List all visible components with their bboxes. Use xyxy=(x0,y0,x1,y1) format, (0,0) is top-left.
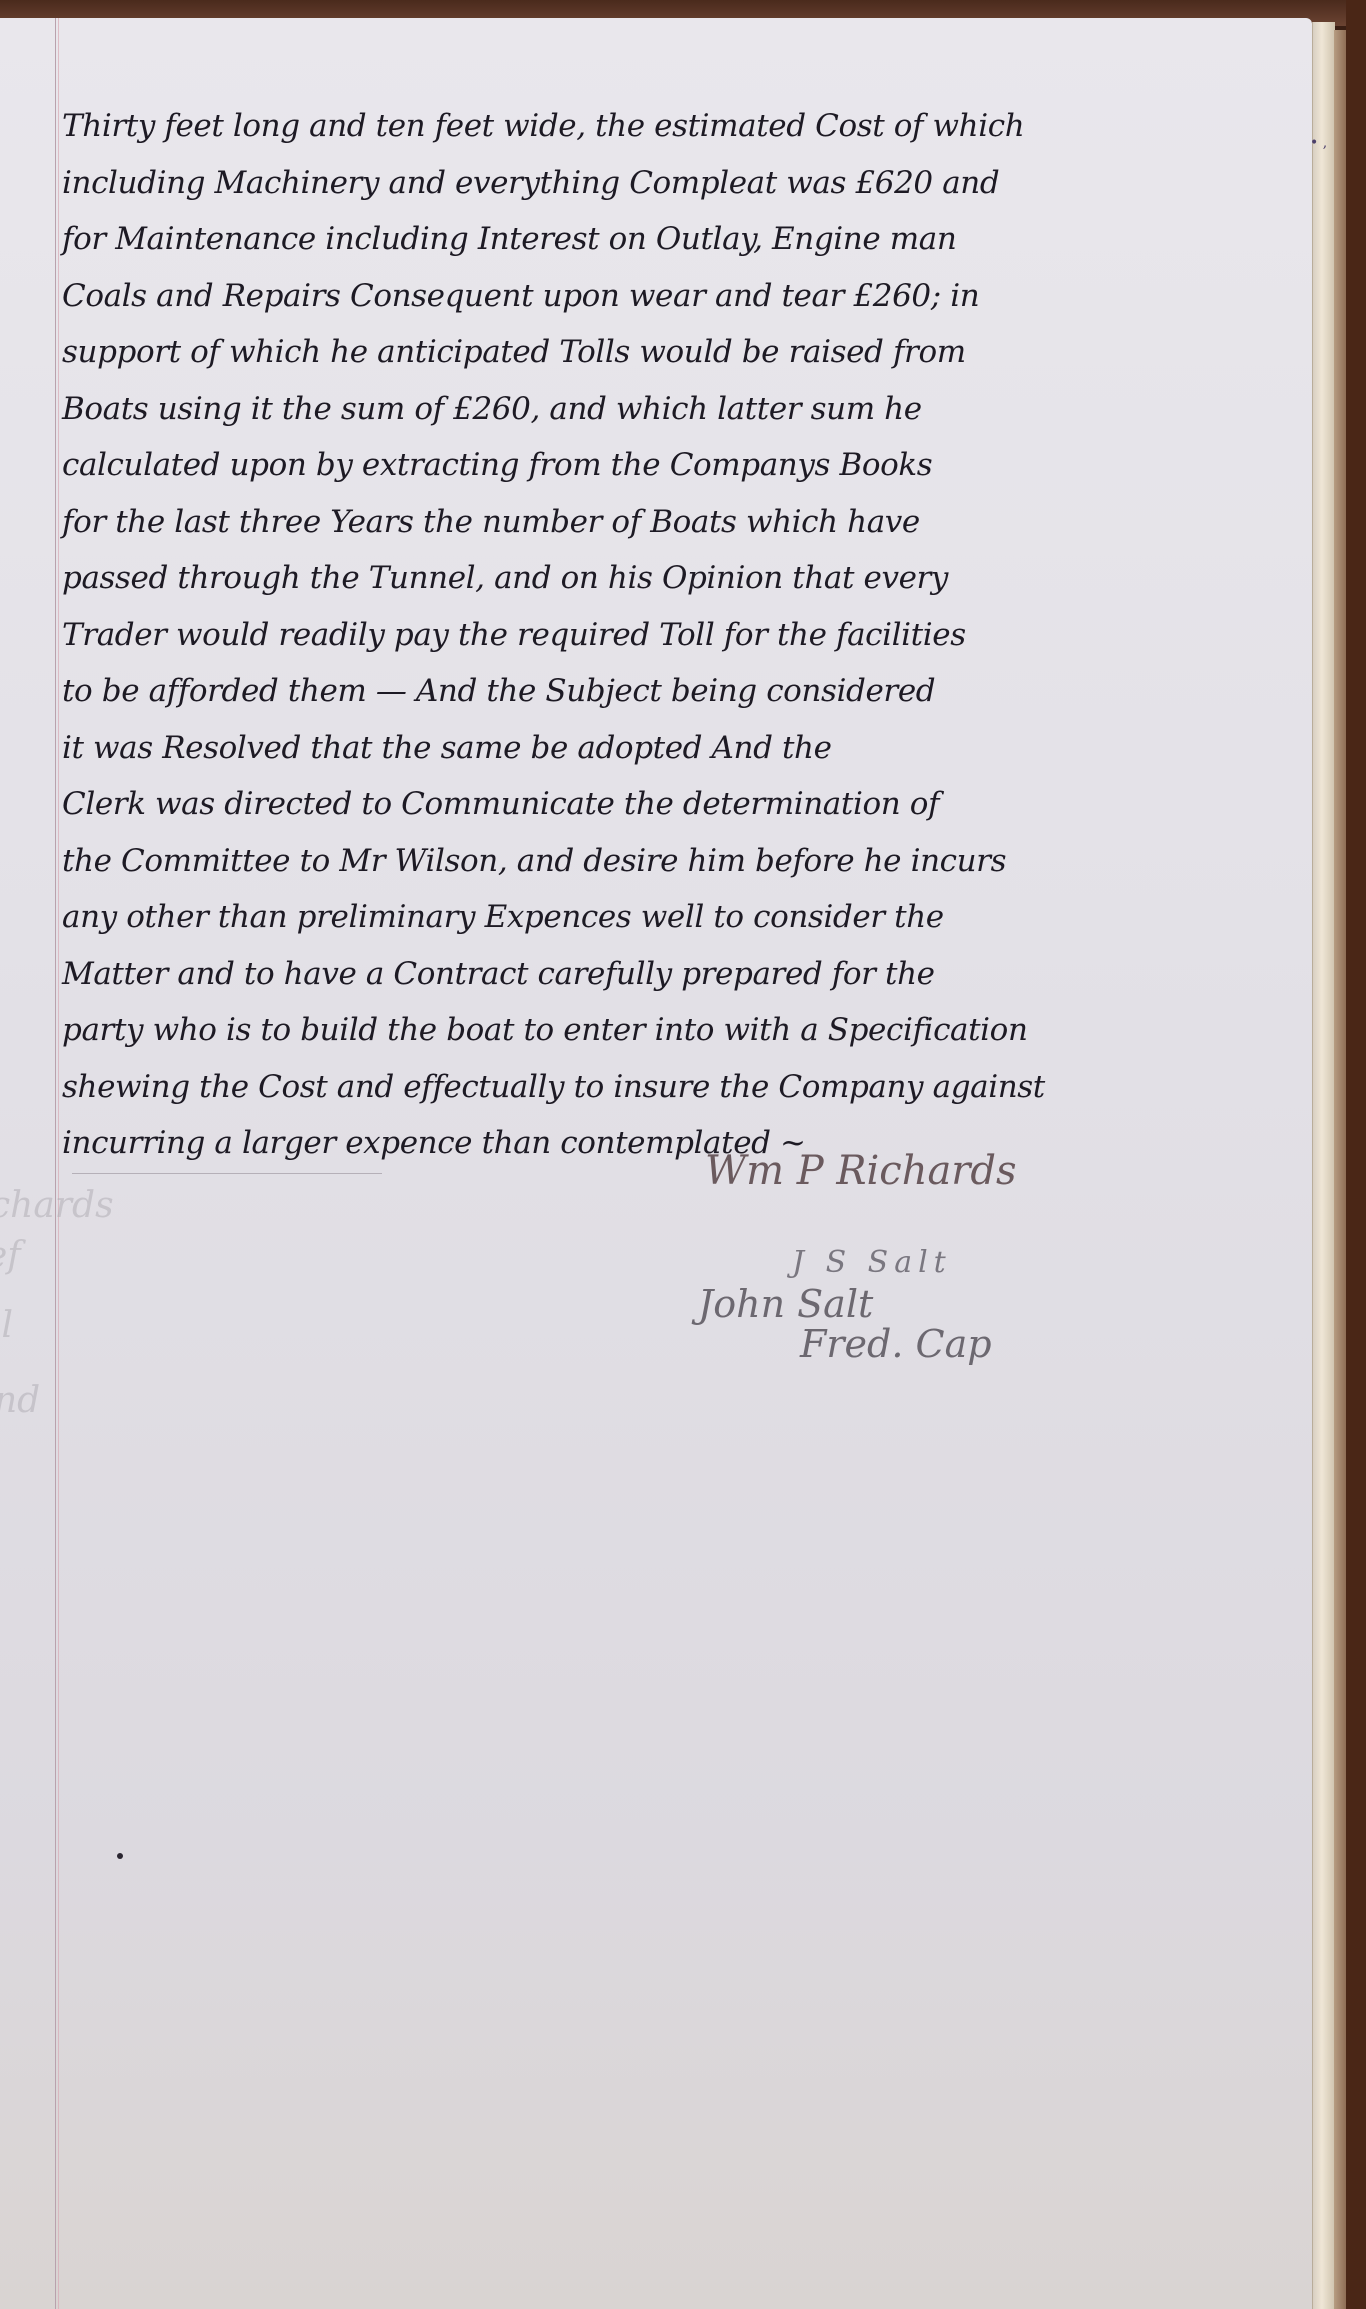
bleed-through-text: ll xyxy=(0,1305,13,1346)
signature-john-salt: John Salt xyxy=(698,1282,873,1326)
text-line: shewing the Cost and effectually to insu… xyxy=(62,1059,1312,1116)
text-line: support of which he anticipated Tolls wo… xyxy=(62,324,1312,381)
page-stack-edge xyxy=(1312,22,1335,2309)
text-line: for Maintenance including Interest on Ou… xyxy=(62,211,1312,268)
signature-fred-cap: Fred. Cap xyxy=(800,1322,992,1366)
bleed-through-text: chards xyxy=(0,1185,114,1226)
text-line: any other than preliminary Expences well… xyxy=(62,889,1312,946)
book-binding xyxy=(1346,0,1366,2309)
ink-mark: • , xyxy=(1310,135,1327,151)
text-line: Clerk was directed to Communicate the de… xyxy=(62,776,1312,833)
signature-rule xyxy=(72,1173,382,1174)
signature-richards: Wm P Richards xyxy=(705,1148,1017,1194)
text-line: to be afforded them — And the Subject be… xyxy=(62,663,1312,720)
text-line: incurring a larger expence than contempl… xyxy=(62,1115,1312,1172)
text-line: Boats using it the sum of £260, and whic… xyxy=(62,381,1312,438)
bleed-through-text: nd xyxy=(0,1380,40,1421)
text-line: including Machinery and everything Compl… xyxy=(62,155,1312,212)
text-line: calculated upon by extracting from the C… xyxy=(62,437,1312,494)
margin-rule xyxy=(55,18,56,2309)
text-line: Trader would readily pay the required To… xyxy=(62,607,1312,664)
page-stack-edge-shadow xyxy=(1334,30,1346,2309)
margin-rule-red xyxy=(58,18,59,2309)
text-line: passed through the Tunnel, and on his Op… xyxy=(62,550,1312,607)
signature-j-s-salt: J S Salt xyxy=(792,1245,952,1280)
text-line: it was Resolved that the same be adopted… xyxy=(62,720,1312,777)
text-line: Thirty feet long and ten feet wide, the … xyxy=(62,98,1312,155)
text-line: Coals and Repairs Consequent upon wear a… xyxy=(62,268,1312,325)
text-line: the Committee to Mr Wilson, and desire h… xyxy=(62,833,1312,890)
ink-dot xyxy=(117,1853,123,1859)
text-line: for the last three Years the number of B… xyxy=(62,494,1312,551)
text-line: Matter and to have a Contract carefully … xyxy=(62,946,1312,1003)
minute-entry-body: Thirty feet long and ten feet wide, the … xyxy=(62,98,1312,1172)
text-line: party who is to build the boat to enter … xyxy=(62,1002,1312,1059)
bleed-through-text: ef xyxy=(0,1235,21,1276)
